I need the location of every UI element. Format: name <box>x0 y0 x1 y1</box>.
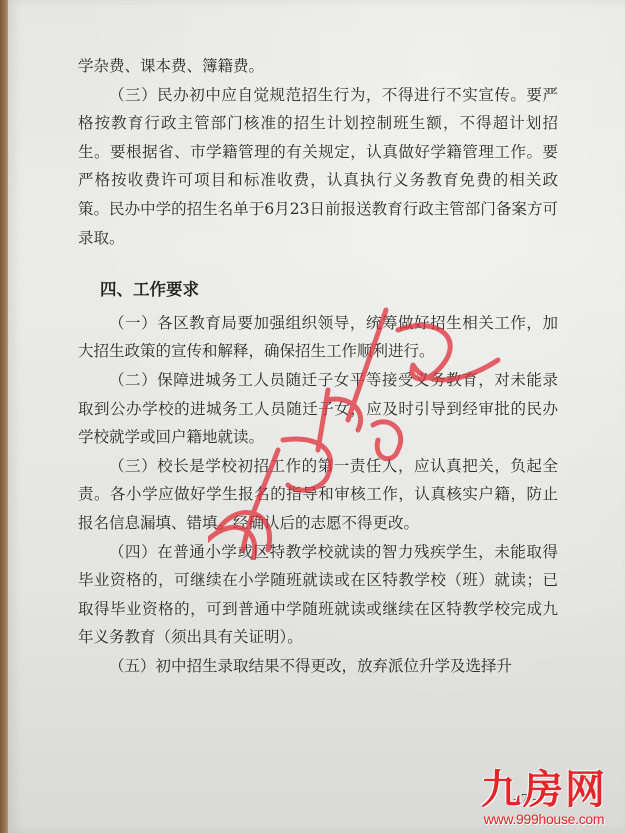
document-page: 学杂费、课本费、簿籍费。 （三）民办初中应自觉规范招生行为，不得进行不实宣传。要… <box>8 0 625 833</box>
watermark-logo: 九房网 <box>469 769 619 811</box>
watermark-url: www.999house.com <box>469 811 619 827</box>
paragraph-requirement-4: （四）在普通小学或区特教学校就读的智力残疾学生，未能取得毕业资格的，可继续在小学… <box>78 538 558 652</box>
paragraph-requirement-1: （一）各区教育局要加强组织领导，统筹做好招生相关工作，加大招生政策的宣传和解释，… <box>78 309 558 366</box>
section-heading-work-requirements: 四、工作要求 <box>78 276 558 305</box>
paragraph-requirement-3: （三）校长是学校初招工作的第一责任人，应认真把关，负起全责。各小学应做好学生报名… <box>78 452 558 538</box>
site-watermark: 九房网 www.999house.com <box>469 769 619 827</box>
paragraph-private-school-enrollment: （三）民办初中应自觉规范招生行为，不得进行不实宣传。要严格按教育行政主管部门核准… <box>78 81 558 253</box>
paragraph-requirement-5: （五）初中招生录取结果不得更改，放弃派位升学及选择升 <box>78 652 558 681</box>
paragraph-requirement-2: （二）保障进城务工人员随迁子女平等接受义务教育，对未能录取到公办学校的进城务工人… <box>78 366 558 452</box>
paragraph-fees-continuation: 学杂费、课本费、簿籍费。 <box>78 52 558 81</box>
document-body: 学杂费、课本费、簿籍费。 （三）民办初中应自觉规范招生行为，不得进行不实宣传。要… <box>78 52 558 680</box>
